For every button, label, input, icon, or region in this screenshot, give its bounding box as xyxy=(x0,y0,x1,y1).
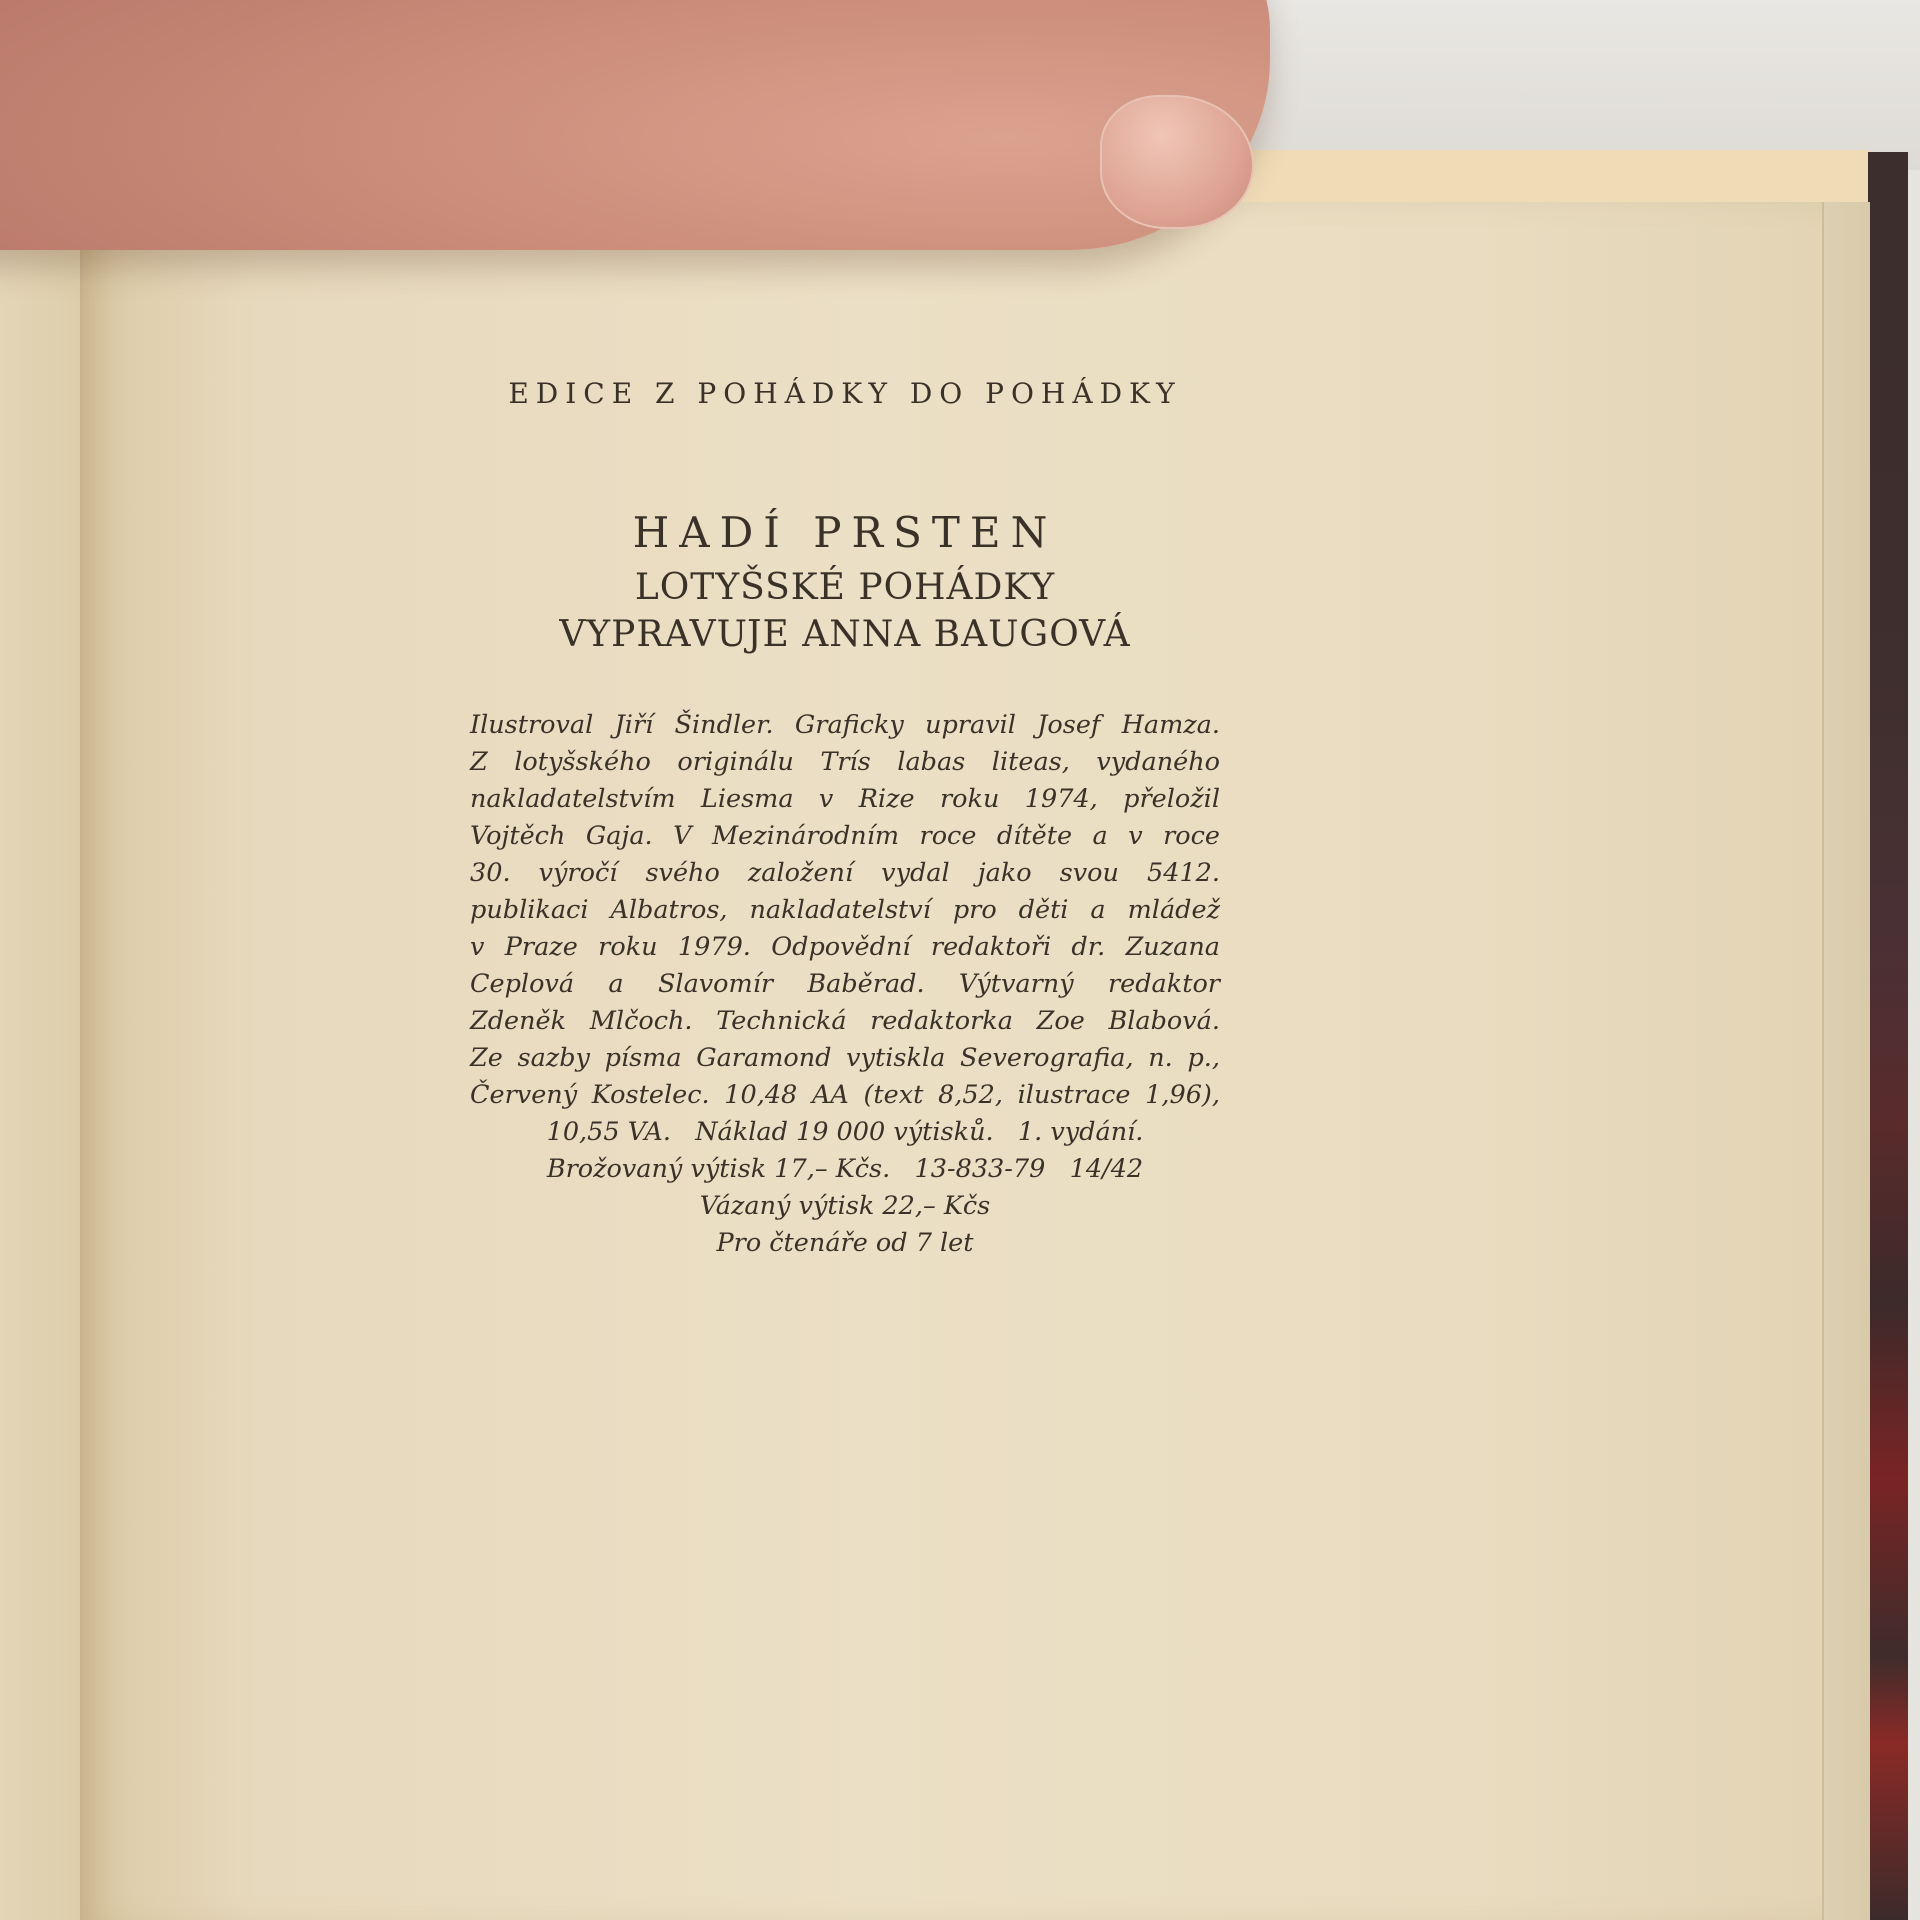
imprint-line: Ceplová a Slavomír Baběrad. Výtvarný red… xyxy=(470,966,1220,1003)
paperback-price-line: Brožovaný výtisk 17,– Kčs. 13-833-79 14/… xyxy=(470,1151,1220,1188)
book-cover-right-edge xyxy=(1868,152,1908,1920)
narrator-line: VYPRAVUJE ANNA BAUGOVÁ xyxy=(470,614,1220,655)
page-fore-edge xyxy=(1822,202,1870,1920)
imprint-line: Červený Kostelec. 10,48 AA (text 8,52, i… xyxy=(470,1077,1220,1114)
imprint-line: Zdeněk Mlčoch. Technická redaktorka Zoe … xyxy=(470,1003,1220,1040)
left-facing-page xyxy=(0,200,82,1920)
imprint-line: v Praze roku 1979. Odpovědní redaktoři d… xyxy=(470,929,1220,966)
thumbnail-nail xyxy=(1100,95,1254,229)
imprint-line: Ilustroval Jiří Šindler. Graficky upravi… xyxy=(470,707,1220,744)
imprint-line: nakladatelstvím Liesma v Rize roku 1974,… xyxy=(470,781,1220,818)
hardcover-price-line: Vázaný výtisk 22,– Kčs xyxy=(470,1188,1220,1225)
book-subtitle: LOTYŠSKÉ POHÁDKY xyxy=(470,567,1220,608)
imprint-line: 30. výročí svého založení vydal jako svo… xyxy=(470,855,1220,892)
imprint-paragraph: Ilustroval Jiří Šindler. Graficky upravi… xyxy=(470,707,1220,1262)
imprint-line: Ze sazby písma Garamond vytiskla Severog… xyxy=(470,1040,1220,1077)
print-run-line: 10,55 VA. Náklad 19 000 výtisků. 1. vydá… xyxy=(470,1114,1220,1151)
imprint-line: publikaci Albatros, nakladatelství pro d… xyxy=(470,892,1220,929)
hand-holding-book xyxy=(0,0,1270,250)
imprint-text-block: EDICE Z POHÁDKY DO POHÁDKY HADÍ PRSTEN L… xyxy=(470,370,1220,1262)
book-title: HADÍ PRSTEN xyxy=(470,508,1220,557)
series-line: EDICE Z POHÁDKY DO POHÁDKY xyxy=(470,377,1220,410)
imprint-line: Z lotyšského originálu Trís labas liteas… xyxy=(470,744,1220,781)
reader-age-line: Pro čtenáře od 7 let xyxy=(470,1225,1220,1262)
imprint-line: Vojtěch Gaja. V Mezinárodním roce dítěte… xyxy=(470,818,1220,855)
